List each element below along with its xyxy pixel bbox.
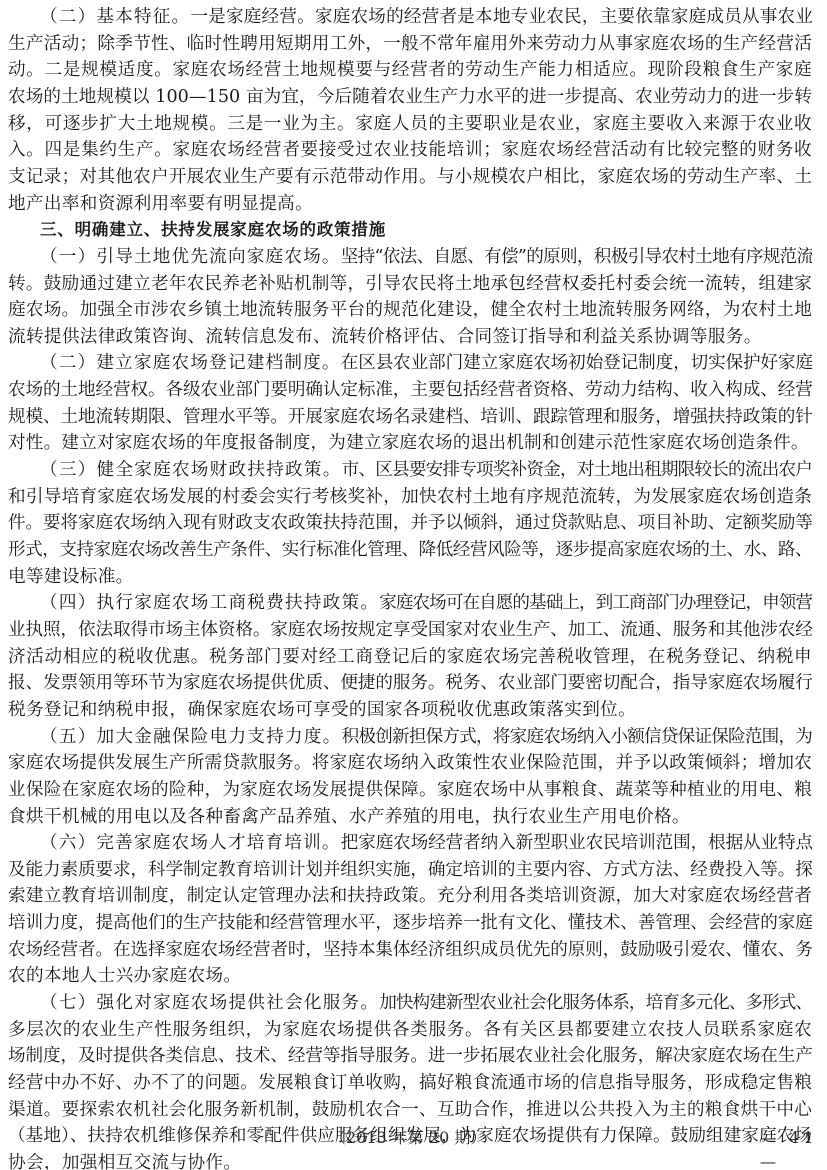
text-line: 业执照，依法取得市场主体资格。家庭农场按规定享受国家对农业生产、加工、流通、服务… (8, 617, 812, 643)
text-line: 业保险在家庭农场的险种，为家庭农场发展提供保障。家庭农场中从事粮食、蔬菜等种植业… (8, 777, 812, 803)
text-line: 济活动相应的税收优惠。税务部门要对经工商登记后的家庭农场完善税收管理，在税务登记… (8, 644, 812, 670)
section-heading: 三、明确建立、扶持发展家庭农场的政策措施 (40, 217, 812, 243)
paragraph-lead-title: （四）执行家庭农场工商税费扶持政策。 (40, 593, 379, 613)
text-line: 移，可逐步扩大土地规模。三是一业为主。家庭人员的主要职业是农业，家庭主要收入来源… (8, 111, 812, 137)
text-line: 农的本地人士兴办家庭农场。 (8, 963, 812, 989)
paragraph-text: 把家庭农场经营者纳入新型职业农民培训范围，根据从业特点 (341, 833, 812, 853)
text-line: 转。鼓励通过建立老年农民养老补贴机制等，引导农民将土地承包经营权委托村委会统一流… (8, 271, 812, 297)
text-line: 协会，加强相互交流与协作。 (8, 1150, 812, 1170)
paragraph-first-line: （三）健全家庭农场财政扶持政策。市、区县要安排专项奖补资金，对土地出租期限较长的… (40, 457, 812, 483)
paragraph-lead-title: （三）健全家庭农场财政扶持政策。 (40, 460, 342, 480)
text-line: 对性。建立对家庭农场的年度报备制度，为建立家庭农场的退出机制和创建示范性家庭农场… (8, 430, 812, 456)
paragraph-lead-title: （一）引导土地优先流向家庭农场。 (40, 247, 341, 267)
text-line: 家庭农场提供发展生产所需贷款服务。将家庭农场纳入政策性农业保险范围，并予以政策倾… (8, 750, 812, 776)
paragraph-text: 一是家庭经营。家庭农场的经营者是本地专业农民，主要依靠家庭成员从事农业 (190, 7, 812, 27)
paragraph-lead-title: （二）建立家庭农场登记建档制度。 (40, 353, 341, 373)
text-line: 流转提供法律政策咨询、流转信息发布、流转价格评估、合同签订指导和利益关系协调等服… (8, 324, 812, 350)
paragraph-lead-title: （五）加大金融保险电力支持力度。 (40, 727, 342, 747)
paragraph-first-line: （五）加大金融保险电力支持力度。积极创新担保方式，将家庭农场纳入小额信贷保证保险… (40, 724, 812, 750)
text-line: 农场的土地经营权。各级农业部门要明确认定标准，主要包括经营者资格、劳动力结构、收… (8, 377, 812, 403)
text-line: 电等建设标准。 (8, 564, 812, 590)
paragraph-first-line: （二）建立家庭农场登记建档制度。在区县农业部门建立家庭农场初始登记制度，切实保护… (40, 350, 812, 376)
text-line: 农场的土地规模以 100—150 亩为宜，今后随着农业生产力水平的进一步提高、农… (8, 84, 812, 110)
paragraph-first-line: （七）强化对家庭农场提供社会化服务。加快构建新型农业社会化服务体系，培育多元化、… (40, 990, 812, 1016)
text-line: 渠道。要探索农机社会化服务新机制，鼓励机农合一、互助合作，推进以公共投入为主的粮… (8, 1097, 812, 1123)
text-line: 动。二是规模适度。家庭农场经营土地规模要与经营者的劳动生产能力相适应。现阶段粮食… (8, 57, 812, 83)
paragraph-text: 积极创新担保方式，将家庭农场纳入小额信贷保证保险范围，为 (342, 727, 812, 747)
text-line: 报、发票领用等环节为家庭农场提供优质、便捷的服务。税务、农业部门要密切配合，指导… (8, 670, 812, 696)
footer-page-number: — 41 — (760, 1126, 827, 1170)
text-line: 地产出率和资源利用率要有明显提高。 (8, 191, 812, 217)
paragraph-lead-title: （二）基本特征。 (40, 7, 190, 27)
footer-issue-label: （2013 年第 20 期） (330, 1126, 486, 1150)
text-line: 场制度，及时提供各类信息、技术、经营等指导服务。进一步拓展农业社会化服务，解决家… (8, 1043, 812, 1069)
paragraph-text: 坚持“依法、自愿、有偿”的原则，积极引导农村土地有序规范流 (341, 247, 812, 267)
document-page: （二）基本特征。一是家庭经营。家庭农场的经营者是本地专业农民，主要依靠家庭成员从… (0, 0, 827, 1170)
text-line: 食烘干机械的用电以及各种畜禽产品养殖、水产养殖的用电，执行农业生产用电价格。 (8, 804, 812, 830)
paragraph-first-line: （六）完善家庭农场人才培育培训。把家庭农场经营者纳入新型职业农民培训范围，根据从… (40, 830, 812, 856)
text-line: 入。四是集约生产。家庭农场经营者要接受过农业技能培训；家庭农场经营活动有比较完整… (8, 137, 812, 163)
paragraph-text: 市、区县要安排专项奖补资金，对土地出租期限较长的流出农户 (342, 460, 812, 480)
text-line: 生产活动；除季节性、临时性聘用短期用工外，一般不常年雇用外来劳动力从事家庭农场的… (8, 31, 812, 57)
text-line: 件。要将家庭农场纳入现有财政支农政策扶持范围，并予以倾斜，通过贷款贴息、项目补助… (8, 510, 812, 536)
paragraph-lead-title: （六）完善家庭农场人才培育培训。 (40, 833, 341, 853)
text-line: 经营中办不好、办不了的问题。发展粮食订单收购，搞好粮食流通市场的信息指导服务，形… (8, 1070, 812, 1096)
text-line: 培训力度，提高他们的生产技能和经营管理水平，逐步培养一批有文化、懂技术、善管理、… (8, 910, 812, 936)
paragraph-text: 在区县农业部门建立家庭农场初始登记制度，切实保护好家庭 (341, 353, 812, 373)
text-line: 庭农场。加强全市涉农乡镇土地流转服务平台的规范化建设，健全农村土地流转服务网络，… (8, 297, 812, 323)
text-line: 和引导培育家庭农场发展的村委会实行考核奖补，加快农村土地有序规范流转，为发展家庭… (8, 484, 812, 510)
text-line: 税务登记和纳税申报，确保家庭农场可享受的国家各项税收优惠政策落实到位。 (8, 697, 812, 723)
text-line: 规模、土地流转期限、管理水平等。开展家庭农场名录建档、培训、跟踪管理和服务，增强… (8, 404, 812, 430)
paragraph-first-line: （一）引导土地优先流向家庭农场。坚持“依法、自愿、有偿”的原则，积极引导农村土地… (40, 244, 812, 270)
paragraph-lead-title: （七）强化对家庭农场提供社会化服务。 (40, 993, 379, 1013)
paragraph-first-line: （二）基本特征。一是家庭经营。家庭农场的经营者是本地专业农民，主要依靠家庭成员从… (40, 4, 812, 30)
text-line: 及能力素质要求，科学制定教育培训计划并组织实施，确定培训的主要内容、方式方法、经… (8, 857, 812, 883)
paragraph-text: 加快构建新型农业社会化服务体系，培育多元化、多形式、 (379, 993, 812, 1013)
text-line: 多层次的农业生产性服务组织，为家庭农场提供各类服务。各有关区县都要建立农技人员联… (8, 1017, 812, 1043)
text-line: 农场经营者。在选择家庭农场经营者时，坚持本集体经济组织成员优先的原则，鼓励吸引爱… (8, 937, 812, 963)
paragraph-text: 家庭农场可在自愿的基础上，到工商部门办理登记，申领营 (379, 593, 812, 613)
text-line: 形式，支持家庭农场改善生产条件、实行标准化管理、降低经营风险等，逐步提高家庭农场… (8, 537, 812, 563)
paragraph-first-line: （四）执行家庭农场工商税费扶持政策。家庭农场可在自愿的基础上，到工商部门办理登记… (40, 590, 812, 616)
text-line: 支记录；对其他农户开展农业生产要有示范带动作用。与小规模农户相比，家庭农场的劳动… (8, 164, 812, 190)
text-line: 索建立教育培训制度，制定认定管理办法和扶持政策。充分利用各类培训资源，加大对家庭… (8, 883, 812, 909)
